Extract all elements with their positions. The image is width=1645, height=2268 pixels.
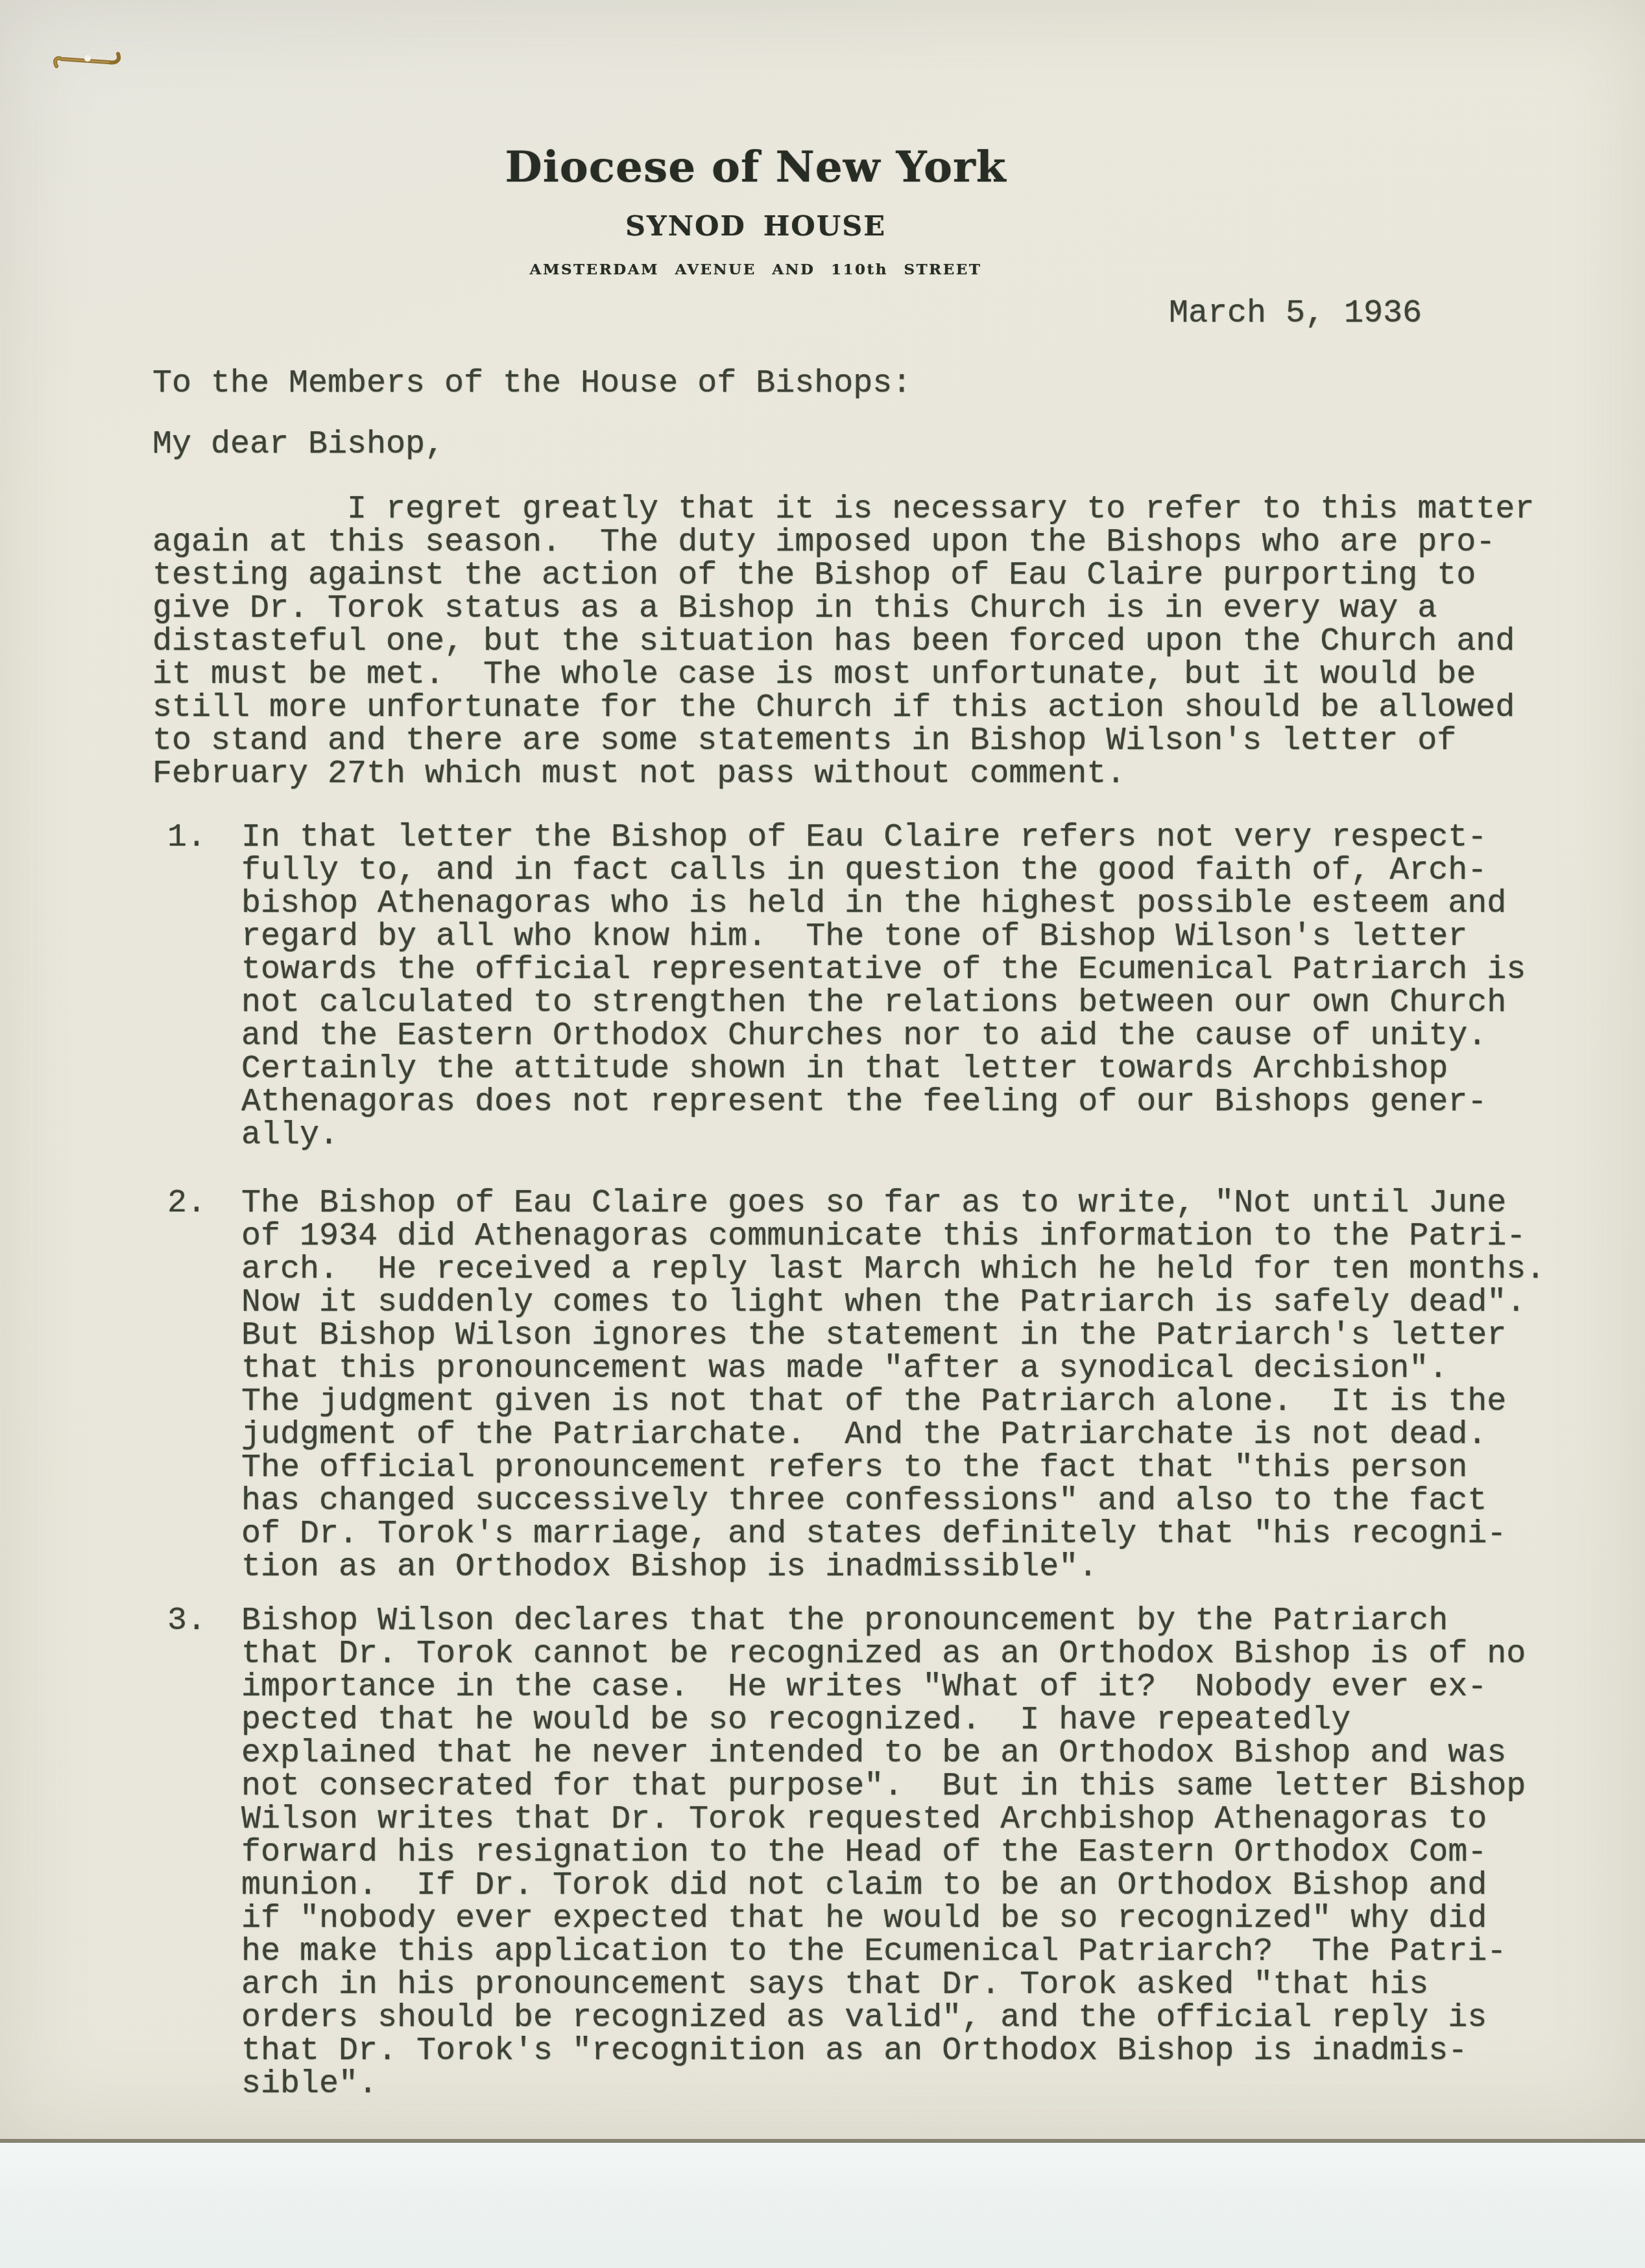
letter-page: Diocese of New York SYNOD HOUSE AMSTERDA…	[0, 0, 1645, 2143]
intro-paragraph: I regret greatly that it is necessary to…	[152, 493, 1534, 791]
recipient-line: To the Members of the House of Bishops:	[152, 367, 911, 400]
item-number: 1.	[167, 821, 241, 1152]
item-text: The Bishop of Eau Claire goes so far as …	[241, 1187, 1545, 1584]
numbered-item-1: 1. In that letter the Bishop of Eau Clai…	[167, 821, 1526, 1152]
salutation-line: My dear Bishop,	[152, 428, 444, 461]
letterhead-address: AMSTERDAM AVENUE AND 110th STREET	[0, 261, 1511, 278]
item-text: Bishop Wilson declares that the pronounc…	[241, 1605, 1526, 2101]
letterhead-building: SYNOD HOUSE	[0, 210, 1511, 243]
fastener-highlight	[84, 55, 91, 62]
brass-fastener-icon	[52, 51, 125, 73]
numbered-item-2: 2. The Bishop of Eau Claire goes so far …	[167, 1187, 1545, 1584]
background-sheet	[0, 2143, 1645, 2268]
item-number: 2.	[167, 1187, 241, 1584]
scanned-letter: Diocese of New York SYNOD HOUSE AMSTERDA…	[0, 0, 1645, 2268]
letter-date: March 5, 1936	[1169, 297, 1422, 330]
numbered-item-3: 3. Bishop Wilson declares that the prono…	[167, 1605, 1526, 2101]
letterhead-organization: Diocese of New York	[0, 141, 1511, 192]
item-text: In that letter the Bishop of Eau Claire …	[241, 821, 1526, 1152]
item-number: 3.	[167, 1605, 241, 2101]
